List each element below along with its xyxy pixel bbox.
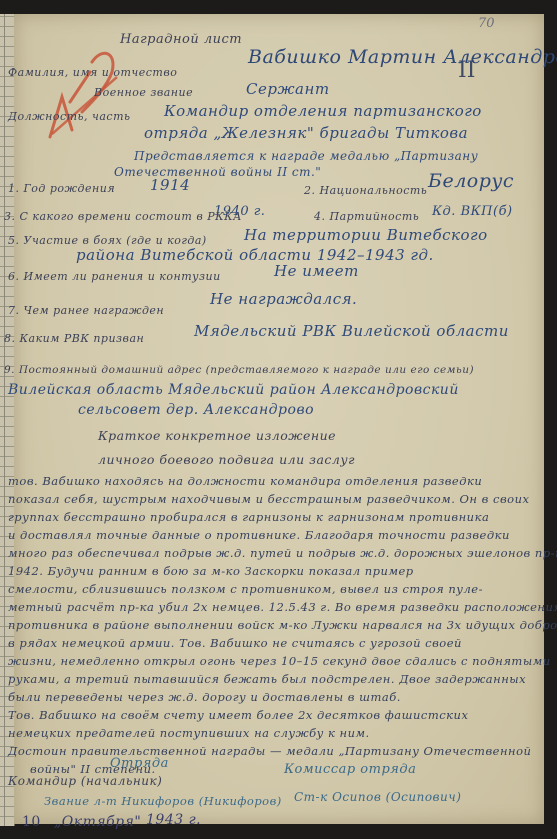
field-value-wounds: Не имеет <box>274 262 359 280</box>
commander-title: Командир (начальник) <box>8 774 162 788</box>
narrative-line: много раз обеспечивал подрыв ж.д. путей … <box>8 546 557 560</box>
section-heading-2: личного боевого подвига или заслуг <box>98 452 355 467</box>
field-label-address: 9. Постоянный домашний адрес (представля… <box>4 364 474 376</box>
commissar-signature: Ст-к Осипов (Осипович) <box>294 790 461 804</box>
section-heading-1: Краткое конкретное изложение <box>98 428 336 443</box>
field-value-rank: Сержант <box>246 80 330 98</box>
field-value-battles: На территории Витебского <box>244 226 488 244</box>
field-value-position-2: отряда „Железняк" бригады Титкова <box>144 124 468 142</box>
field-value-address: Вилейская область Мядельский район Алекс… <box>8 382 459 398</box>
commissar-title: Комиссар отряда <box>284 762 416 777</box>
field-value-rkka-since: 1940 г. <box>214 204 265 219</box>
award-sheet-page: 70 II Наградной лист Фамилия, имя и отче… <box>14 14 544 824</box>
field-label-party: 4. Партийность <box>314 210 419 223</box>
narrative-line: тов. Вабишко находясь на должности коман… <box>8 474 482 488</box>
narrative-line: немецких предателей поступивших на служб… <box>8 726 370 740</box>
field-value-position: Командир отделения партизанского <box>164 102 482 120</box>
commander-signature: Звание л-т Никифоров (Никифоров) <box>44 794 282 808</box>
date-day: 10 <box>22 814 41 830</box>
commander-unit-label: Отряда <box>110 756 169 771</box>
narrative-line: группах бесстрашно пробирался в гарнизон… <box>8 510 489 524</box>
document-title: Наградной лист <box>120 32 242 47</box>
field-value-rvk: Мядельский РВК Вилейской области <box>194 322 509 340</box>
field-label-birth-year: 1. Год рождения <box>8 182 115 195</box>
narrative-line: противника в районе выполнении войск м-к… <box>8 618 557 632</box>
field-value-party: Кд. ВКП(б) <box>432 204 513 219</box>
narrative-line: 1942. Будучи ранним в бою за м-ко Заскор… <box>8 564 414 578</box>
narrative-line: показал себя, шустрым находчивым и бесст… <box>8 492 529 506</box>
field-label-rvk: 8. Каким РВК призван <box>4 332 144 345</box>
narrative-line: жизни, немедленно открыл огонь через 10–… <box>8 654 551 668</box>
narrative-line: руками, а третий пытавшийся бежать был п… <box>8 672 526 686</box>
field-value-birth-year: 1914 <box>150 176 190 194</box>
narrative-line: в рядах немецкой армии. Тов. Вабишко не … <box>8 636 462 650</box>
field-value-battles-2: района Витебской области 1942–1943 гд. <box>76 246 434 264</box>
field-label-nationality: 2. Национальность <box>304 184 427 197</box>
narrative-line: Тов. Вабишко на своём счету имеет более … <box>8 708 468 722</box>
field-label-name: Фамилия, имя и отчество <box>8 66 177 79</box>
page-number: 70 <box>478 16 495 31</box>
field-value-name: Вабишко Мартин Александрович <box>248 46 557 68</box>
field-value-address-2: сельсовет дер. Александрово <box>78 402 314 418</box>
date-year: 1943 г. <box>146 812 201 828</box>
narrative-line: смелости, сблизившись ползком с противни… <box>8 582 483 596</box>
field-label-rkka-since: 3. С какого времени состоит в РККА <box>4 210 242 223</box>
narrative-line: метный расчёт пр-ка убил 2х немцев. 12.5… <box>8 600 557 614</box>
narrative-line: были переведены через ж.д. дорогу и дост… <box>8 690 401 704</box>
field-value-previous-awards: Не награждался. <box>210 290 357 308</box>
field-label-rank: Военное звание <box>94 86 193 99</box>
narrative-line: и доставлял точные данные о противнике. … <box>8 528 510 542</box>
field-label-wounds: 6. Имеет ли ранения и контузии <box>8 270 221 283</box>
date-month: „Октября" <box>54 814 141 830</box>
field-label-previous-awards: 7. Чем ранее награжден <box>8 304 164 317</box>
binding-edge <box>0 14 15 826</box>
narrative-line: Достоин правительственной награды — меда… <box>8 744 531 758</box>
field-value-nationality: Белорус <box>428 170 514 192</box>
field-label-position: Должность, часть <box>8 110 131 123</box>
